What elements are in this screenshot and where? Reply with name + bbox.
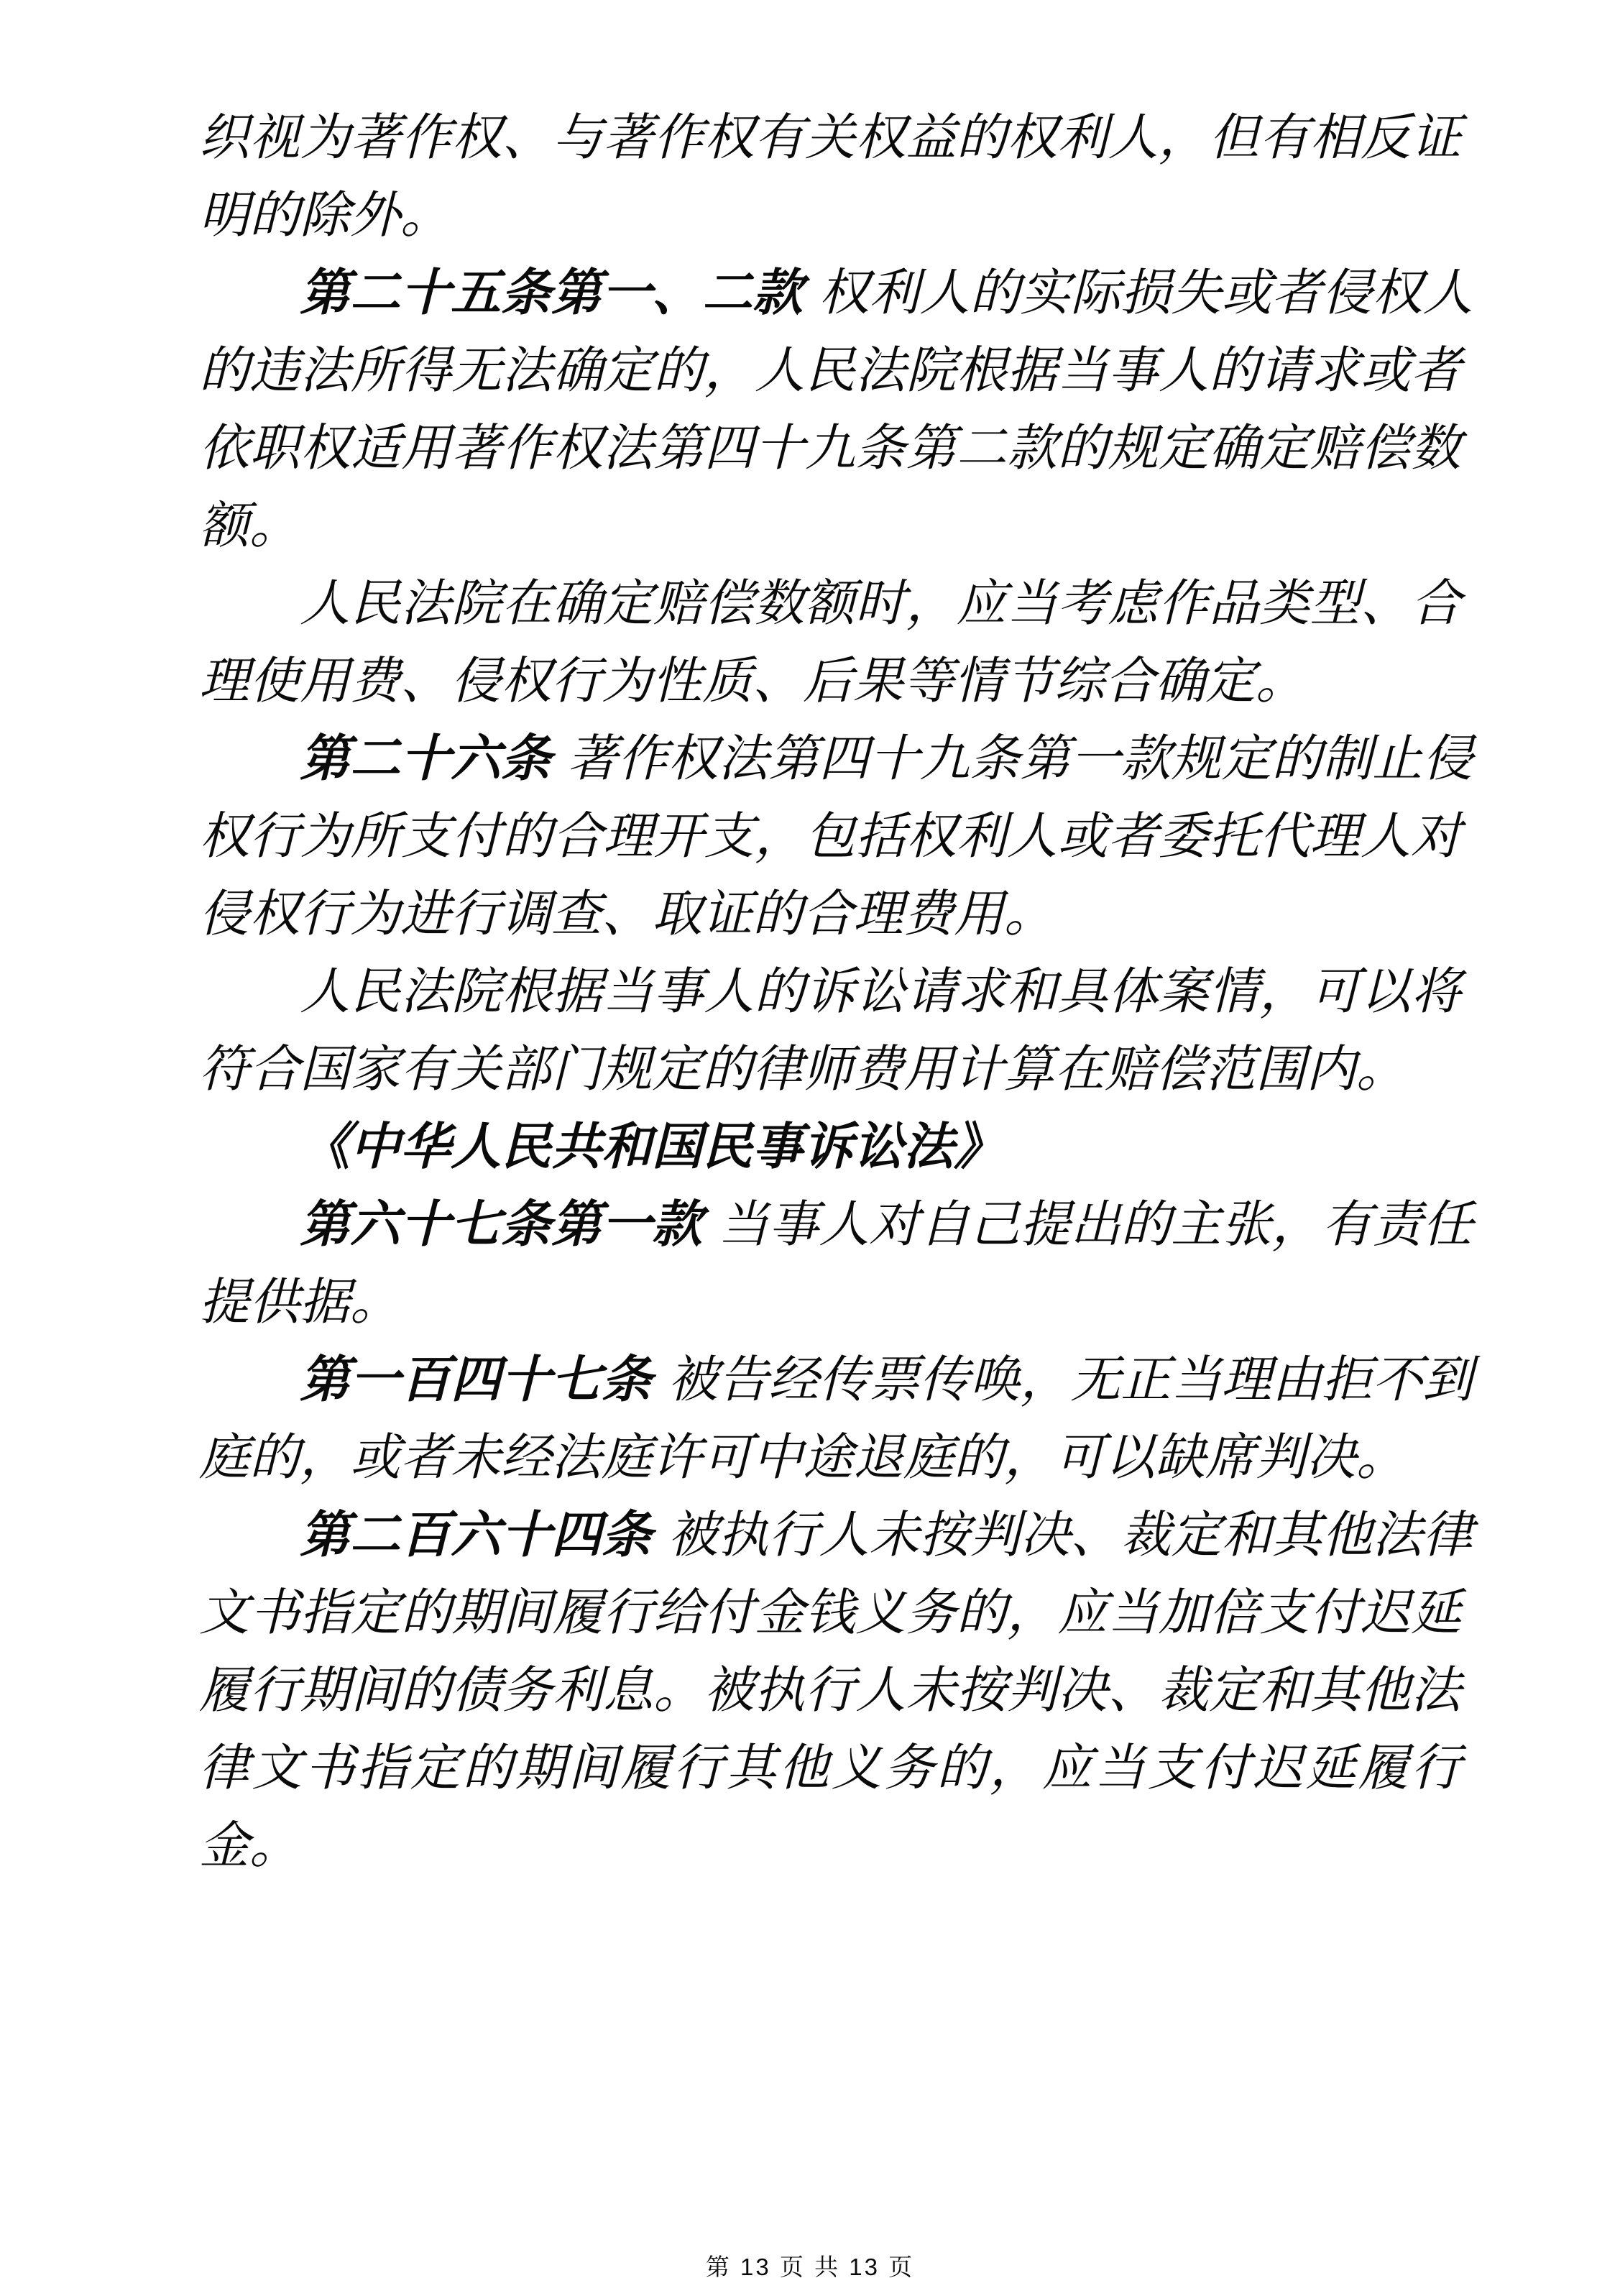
text-segment: 被告经传票传唤，无正当理由拒不到 <box>652 1350 1473 1409</box>
text-segment: 理使用费、侵权行为性质、后果等情节综合确定。 <box>199 651 1306 710</box>
text-segment: 庭的，或者未经法庭许可中途退庭的，可以缺席判决。 <box>199 1428 1407 1487</box>
text-segment: 著作权法第四十九条第一款规定的制止侵 <box>551 729 1473 788</box>
text-segment: 提供据。 <box>199 1272 400 1331</box>
text-line: 金。 <box>199 1806 1461 1884</box>
text-segment: 被执行人未按判决、裁定和其他法律 <box>652 1505 1473 1564</box>
text-segment: 符合国家有关部门规定的律师费用计算在赔偿范围内。 <box>199 1039 1407 1098</box>
text-segment: 依职权适用著作权法第四十九条第二款的规定确定赔偿数 <box>199 418 1461 477</box>
text-segment: 文书指定的期间履行给付金钱义务的，应当加倍支付迟延 <box>199 1583 1461 1642</box>
text-segment: 织视为著作权、与著作权有关权益的权利人，但有相反证 <box>199 108 1461 167</box>
article-number: 第二十五条第一、二款 <box>300 262 803 322</box>
text-segment: 履行期间的债务利息。被执行人未按判决、裁定和其他法 <box>199 1661 1461 1719</box>
text-line: 的违法所得无法确定的，人民法院根据当事人的请求或者 <box>199 331 1461 409</box>
article-number: 《中华人民共和国民事诉讼法》 <box>300 1116 1004 1176</box>
text-line: 律文书指定的期间履行其他义务的，应当支付迟延履行 <box>199 1729 1461 1806</box>
text-line: 人民法院根据当事人的诉讼请求和具体案情，可以将 <box>199 952 1461 1030</box>
text-line: 第二十六条 著作权法第四十九条第一款规定的制止侵 <box>199 720 1461 797</box>
text-line: 权行为所支付的合理开支，包括权利人或者委托代理人对 <box>199 797 1461 875</box>
text-line: 提供据。 <box>199 1263 1461 1341</box>
text-line: 履行期间的债务利息。被执行人未按判决、裁定和其他法 <box>199 1651 1461 1729</box>
text-segment: 人民法院根据当事人的诉讼请求和具体案情，可以将 <box>300 962 1461 1021</box>
article-number: 第二十六条 <box>300 728 551 788</box>
text-line: 第一百四十七条 被告经传票传唤，无正当理由拒不到 <box>199 1341 1461 1418</box>
text-segment: 金。 <box>199 1816 300 1875</box>
text-line: 额。 <box>199 487 1461 564</box>
text-line: 明的除外。 <box>199 176 1461 254</box>
text-line: 庭的，或者未经法庭许可中途退庭的，可以缺席判决。 <box>199 1418 1461 1496</box>
text-segment: 的违法所得无法确定的，人民法院根据当事人的请求或者 <box>199 341 1461 400</box>
text-line: 《中华人民共和国民事诉讼法》 <box>199 1108 1461 1185</box>
text-segment: 额。 <box>199 496 300 555</box>
text-segment: 权行为所支付的合理开支，包括权利人或者委托代理人对 <box>199 807 1461 865</box>
text-line: 侵权行为进行调查、取证的合理费用。 <box>199 875 1461 952</box>
article-number: 第二百六十四条 <box>300 1505 652 1564</box>
text-line: 织视为著作权、与著作权有关权益的权利人，但有相反证 <box>199 98 1461 176</box>
article-number: 第六十七条第一款 <box>300 1194 702 1254</box>
text-segment: 权利人的实际损失或者侵权人 <box>803 263 1473 322</box>
text-line: 依职权适用著作权法第四十九条第二款的规定确定赔偿数 <box>199 409 1461 487</box>
text-segment: 人民法院在确定赔偿数额时，应当考虑作品类型、合 <box>300 574 1461 633</box>
text-line: 符合国家有关部门规定的律师费用计算在赔偿范围内。 <box>199 1030 1461 1108</box>
text-line: 理使用费、侵权行为性质、后果等情节综合确定。 <box>199 642 1461 720</box>
article-number: 第一百四十七条 <box>300 1349 652 1409</box>
text-line: 文书指定的期间履行给付金钱义务的，应当加倍支付迟延 <box>199 1574 1461 1651</box>
text-line: 人民法院在确定赔偿数额时，应当考虑作品类型、合 <box>199 564 1461 642</box>
document-body: 织视为著作权、与著作权有关权益的权利人，但有相反证明的除外。第二十五条第一、二款… <box>199 98 1461 1884</box>
text-segment: 律文书指定的期间履行其他义务的，应当支付迟延履行 <box>199 1738 1461 1797</box>
text-line: 第二百六十四条 被执行人未按判决、裁定和其他法律 <box>199 1496 1461 1574</box>
document-page: 织视为著作权、与著作权有关权益的权利人，但有相反证明的除外。第二十五条第一、二款… <box>0 0 1620 2296</box>
text-segment: 侵权行为进行调查、取证的合理费用。 <box>199 884 1054 943</box>
page-footer: 第 13 页 共 13 页 <box>0 2249 1620 2282</box>
text-segment: 明的除外。 <box>199 185 451 244</box>
text-line: 第六十七条第一款 当事人对自己提出的主张，有责任 <box>199 1185 1461 1263</box>
text-segment: 当事人对自己提出的主张，有责任 <box>702 1195 1473 1254</box>
text-line: 第二十五条第一、二款 权利人的实际损失或者侵权人 <box>199 254 1461 331</box>
